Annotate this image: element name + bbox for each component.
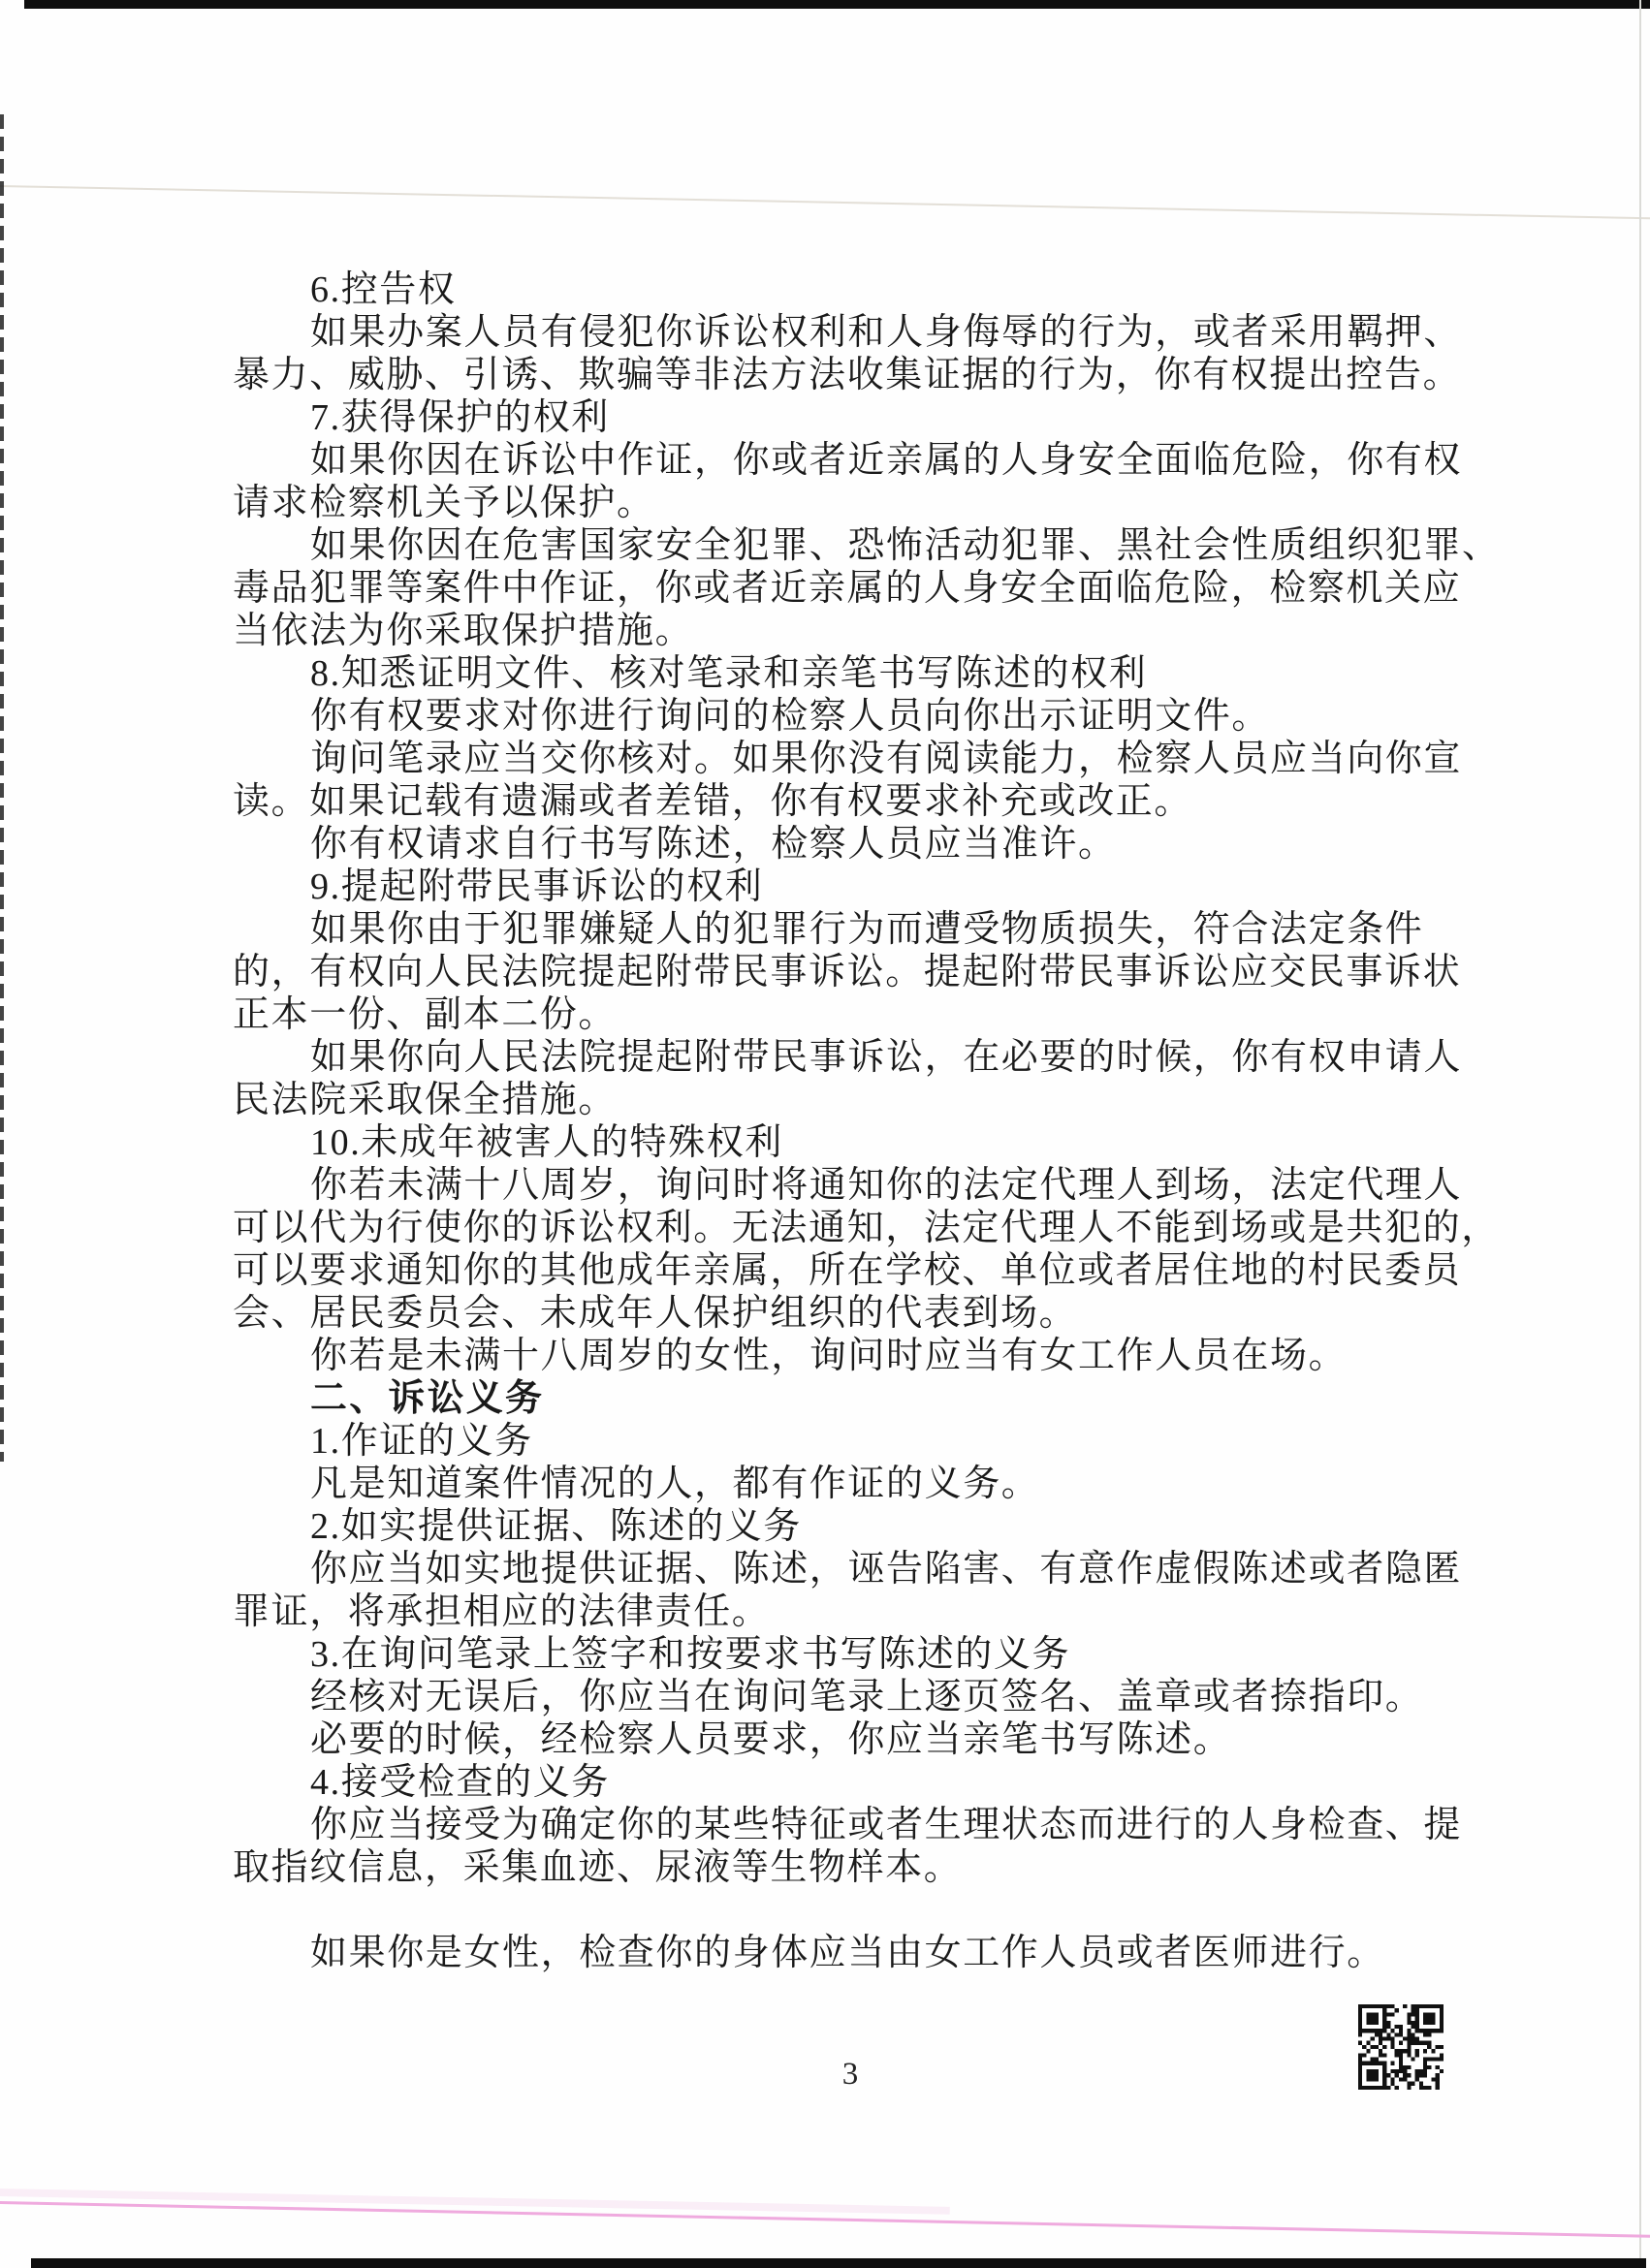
text-line: 罪证，将承担相应的法律责任。: [233, 1591, 1468, 1633]
text-line: 读。如果记载有遗漏或者差错，你有权要求补充或改正。: [233, 780, 1468, 823]
text-line: 3.在询问笔录上签字和按要求书写陈述的义务: [233, 1633, 1468, 1676]
right-page-edge-line: [1639, 0, 1641, 2268]
left-scan-edge-line: [0, 114, 4, 1462]
text-line: 正本一份、副本二份。: [233, 993, 1468, 1036]
text-line: 8.知悉证明文件、核对笔录和亲笔书写陈述的权利: [233, 652, 1468, 695]
text-line: 你若是未满十八周岁的女性，询问时应当有女工作人员在场。: [233, 1335, 1468, 1377]
text-line: 如果办案人员有侵犯你诉讼权利和人身侮辱的行为，或者采用羁押、: [233, 311, 1468, 354]
page-number: 3: [233, 2057, 1468, 2093]
bottom-scan-edge-bar: [31, 2258, 1646, 2268]
text-line: 6.控告权: [233, 268, 1468, 311]
text-line: 民法院采取保全措施。: [233, 1079, 1468, 1121]
text-line: 1.作证的义务: [233, 1420, 1468, 1463]
document-text-block: 6.控告权如果办案人员有侵犯你诉讼权利和人身侮辱的行为，或者采用羁押、暴力、威胁…: [233, 268, 1468, 1974]
top-scan-edge-bar: [24, 0, 1650, 9]
scanned-document-page: { "colors": { "ink": "#1a1a1a", "paper":…: [0, 0, 1650, 2268]
text-line: 暴力、威胁、引诱、欺骗等非法方法收集证据的行为，你有权提出控告。: [233, 354, 1468, 396]
text-line: 2.如实提供证据、陈述的义务: [233, 1505, 1468, 1548]
text-line: 可以要求通知你的其他成年亲属，所在学校、单位或者居住地的村民委员: [233, 1249, 1468, 1292]
text-line: 你应当如实地提供证据、陈述，诬告陷害、有意作虚假陈述或者隐匿: [233, 1548, 1468, 1591]
text-line: 如果你向人民法院提起附带民事诉讼，在必要的时候，你有权申请人: [233, 1036, 1468, 1079]
text-line: 如果你是女性，检查你的身体应当由女工作人员或者医师进行。: [233, 1932, 1468, 1974]
text-line: 经核对无误后，你应当在询问笔录上逐页签名、盖章或者捺指印。: [233, 1676, 1468, 1718]
text-line: [233, 1889, 1468, 1932]
text-line: 如果你因在危害国家安全犯罪、恐怖活动犯罪、黑社会性质组织犯罪、: [233, 524, 1468, 567]
text-line: 如果你由于犯罪嫌疑人的犯罪行为而遭受物质损失，符合法定条件: [233, 908, 1468, 951]
text-line: 取指纹信息，采集血迹、尿液等生物样本。: [233, 1846, 1468, 1889]
text-line: 你有权要求对你进行询问的检察人员向你出示证明文件。: [233, 695, 1468, 738]
qr-code-icon: [1356, 2004, 1445, 2090]
text-line: 10.未成年被害人的特殊权利: [233, 1121, 1468, 1164]
text-line: 毒品犯罪等案件中作证，你或者近亲属的人身安全面临危险，检察机关应: [233, 567, 1468, 610]
text-line: 会、居民委员会、未成年人保护组织的代表到场。: [233, 1292, 1468, 1335]
scan-crease-line: [0, 185, 1650, 219]
text-line: 请求检察机关予以保护。: [233, 482, 1468, 524]
text-line: 凡是知道案件情况的人，都有作证的义务。: [233, 1463, 1468, 1505]
text-line: 的，有权向人民法院提起附带民事诉讼。提起附带民事诉讼应交民事诉状: [233, 951, 1468, 993]
text-line: 你应当接受为确定你的某些特征或者生理状态而进行的人身检查、提: [233, 1804, 1468, 1846]
text-line: 你有权请求自行书写陈述，检察人员应当准许。: [233, 823, 1468, 866]
text-line: 询问笔录应当交你核对。如果你没有阅读能力，检察人员应当向你宣: [233, 738, 1468, 780]
text-line: 7.获得保护的权利: [233, 396, 1468, 439]
text-line: 当依法为你采取保护措施。: [233, 610, 1468, 652]
text-line: 9.提起附带民事诉讼的权利: [233, 866, 1468, 908]
text-line: 二、诉讼义务: [233, 1377, 1468, 1420]
text-line: 可以代为行使你的诉讼权利。无法通知，法定代理人不能到场或是共犯的，: [233, 1207, 1468, 1249]
text-line: 4.接受检查的义务: [233, 1761, 1468, 1804]
text-line: 你若未满十八周岁，询问时将通知你的法定代理人到场，法定代理人: [233, 1164, 1468, 1207]
text-line: 如果你因在诉讼中作证，你或者近亲属的人身安全面临危险，你有权: [233, 439, 1468, 482]
text-line: 必要的时候，经检察人员要求，你应当亲笔书写陈述。: [233, 1718, 1468, 1761]
